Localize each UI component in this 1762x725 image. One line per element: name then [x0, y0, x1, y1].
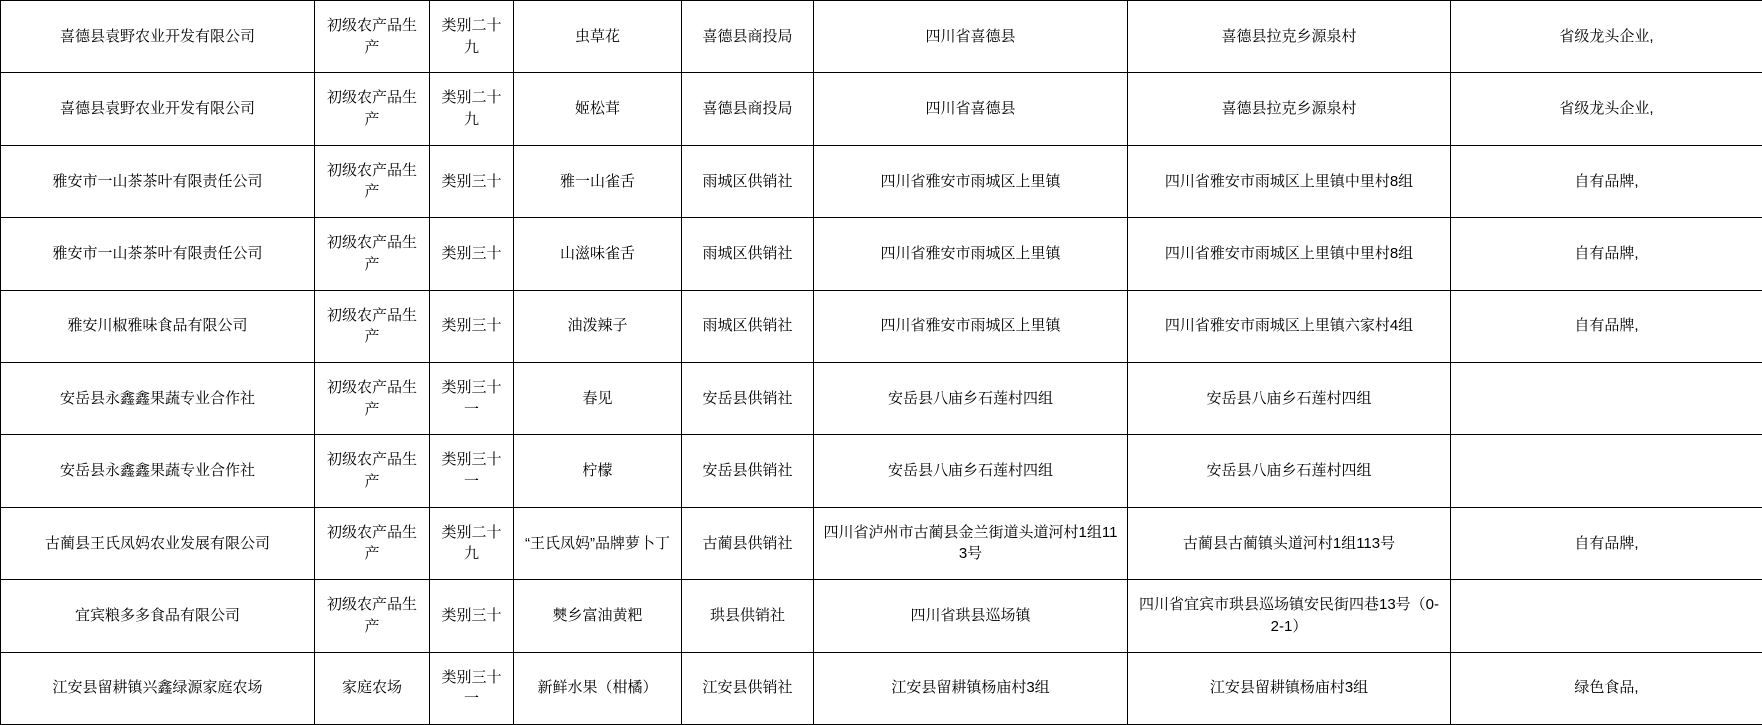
table-cell-company: 雅安川椒雅味食品有限公司	[1, 290, 315, 362]
table-cell-product: 山滋味雀舌	[514, 218, 682, 290]
table-cell-address1: 安岳县八庙乡石莲村四组	[814, 362, 1128, 434]
table-cell-tags: 自有品牌,	[1451, 218, 1762, 290]
table-row: 雅安市一山茶茶叶有限责任公司初级农产品生产类别三十雅一山雀舌雨城区供销社四川省雅…	[1, 145, 1762, 217]
table-row: 喜德县袁野农业开发有限公司初级农产品生产类别二十九姬松茸喜德县商投局四川省喜德县…	[1, 73, 1762, 145]
table-cell-company: 喜德县袁野农业开发有限公司	[1, 1, 315, 73]
table-cell-category: 类别三十一	[430, 362, 514, 434]
table-cell-product: “王氏凤妈”品牌萝卜丁	[514, 507, 682, 579]
table-cell-category: 类别二十九	[430, 507, 514, 579]
table-cell-tags: 自有品牌,	[1451, 507, 1762, 579]
table-cell-company: 喜德县袁野农业开发有限公司	[1, 73, 315, 145]
table-cell-category: 类别三十	[430, 218, 514, 290]
table-cell-type: 初级农产品生产	[315, 580, 430, 652]
table-row: 古蔺县王氏凤妈农业发展有限公司初级农产品生产类别二十九“王氏凤妈”品牌萝卜丁古蔺…	[1, 507, 1762, 579]
table-row: 安岳县永鑫鑫果蔬专业合作社初级农产品生产类别三十一柠檬安岳县供销社安岳县八庙乡石…	[1, 435, 1762, 507]
table-cell-company: 江安县留耕镇兴鑫绿源家庭农场	[1, 652, 315, 724]
table-cell-address1: 安岳县八庙乡石莲村四组	[814, 435, 1128, 507]
table-cell-tags	[1451, 580, 1762, 652]
table-cell-company: 雅安市一山茶茶叶有限责任公司	[1, 218, 315, 290]
table-cell-address1: 四川省雅安市雨城区上里镇	[814, 145, 1128, 217]
table-cell-type: 初级农产品生产	[315, 1, 430, 73]
table-cell-type: 初级农产品生产	[315, 435, 430, 507]
table-cell-product: 雅一山雀舌	[514, 145, 682, 217]
table-cell-address2: 四川省雅安市雨城区上里镇六家村4组	[1128, 290, 1451, 362]
table-cell-address1: 江安县留耕镇杨庙村3组	[814, 652, 1128, 724]
table-cell-tags	[1451, 435, 1762, 507]
table-cell-type: 初级农产品生产	[315, 362, 430, 434]
table-cell-address1: 四川省珙县巡场镇	[814, 580, 1128, 652]
table-row: 雅安市一山茶茶叶有限责任公司初级农产品生产类别三十山滋味雀舌雨城区供销社四川省雅…	[1, 218, 1762, 290]
table-cell-company: 安岳县永鑫鑫果蔬专业合作社	[1, 362, 315, 434]
table-cell-address2: 喜德县拉克乡源泉村	[1128, 1, 1451, 73]
table-cell-type: 初级农产品生产	[315, 73, 430, 145]
table-cell-tags: 自有品牌,	[1451, 290, 1762, 362]
table-cell-company: 古蔺县王氏凤妈农业发展有限公司	[1, 507, 315, 579]
table-row: 安岳县永鑫鑫果蔬专业合作社初级农产品生产类别三十一春见安岳县供销社安岳县八庙乡石…	[1, 362, 1762, 434]
table-cell-bureau: 雨城区供销社	[682, 218, 814, 290]
table-cell-category: 类别三十	[430, 580, 514, 652]
table-body: 喜德县袁野农业开发有限公司初级农产品生产类别二十九虫草花喜德县商投局四川省喜德县…	[1, 1, 1762, 725]
table-cell-type: 初级农产品生产	[315, 290, 430, 362]
table-cell-tags: 绿色食品,	[1451, 652, 1762, 724]
table-cell-product: 僰乡富油黄粑	[514, 580, 682, 652]
table-cell-address1: 四川省泸州市古蔺县金兰街道头道河村1组113号	[814, 507, 1128, 579]
table-cell-company: 宜宾粮多多食品有限公司	[1, 580, 315, 652]
table-cell-bureau: 喜德县商投局	[682, 1, 814, 73]
table-cell-address2: 古蔺县古蔺镇头道河村1组113号	[1128, 507, 1451, 579]
table-cell-tags: 省级龙头企业,	[1451, 73, 1762, 145]
table-cell-address1: 四川省雅安市雨城区上里镇	[814, 218, 1128, 290]
table-cell-product: 春见	[514, 362, 682, 434]
table-row: 喜德县袁野农业开发有限公司初级农产品生产类别二十九虫草花喜德县商投局四川省喜德县…	[1, 1, 1762, 73]
table-cell-company: 雅安市一山茶茶叶有限责任公司	[1, 145, 315, 217]
table-cell-bureau: 安岳县供销社	[682, 435, 814, 507]
table-cell-address2: 江安县留耕镇杨庙村3组	[1128, 652, 1451, 724]
table-cell-type: 初级农产品生产	[315, 507, 430, 579]
products-table: 喜德县袁野农业开发有限公司初级农产品生产类别二十九虫草花喜德县商投局四川省喜德县…	[0, 0, 1762, 725]
table-cell-address2: 安岳县八庙乡石莲村四组	[1128, 435, 1451, 507]
table-cell-address2: 四川省雅安市雨城区上里镇中里村8组	[1128, 145, 1451, 217]
table-cell-category: 类别三十	[430, 145, 514, 217]
table-cell-bureau: 古蔺县供销社	[682, 507, 814, 579]
table-cell-address1: 四川省喜德县	[814, 73, 1128, 145]
table-cell-address1: 四川省雅安市雨城区上里镇	[814, 290, 1128, 362]
table-cell-category: 类别三十	[430, 290, 514, 362]
table-cell-company: 安岳县永鑫鑫果蔬专业合作社	[1, 435, 315, 507]
table-cell-category: 类别二十九	[430, 1, 514, 73]
table-cell-type: 初级农产品生产	[315, 145, 430, 217]
table-cell-address2: 四川省雅安市雨城区上里镇中里村8组	[1128, 218, 1451, 290]
table-cell-tags: 自有品牌,	[1451, 145, 1762, 217]
table-row: 江安县留耕镇兴鑫绿源家庭农场家庭农场类别三十一新鲜水果（柑橘）江安县供销社江安县…	[1, 652, 1762, 724]
table-cell-product: 姬松茸	[514, 73, 682, 145]
table-cell-category: 类别三十一	[430, 435, 514, 507]
table-cell-bureau: 雨城区供销社	[682, 145, 814, 217]
table-cell-bureau: 安岳县供销社	[682, 362, 814, 434]
table-cell-address2: 安岳县八庙乡石莲村四组	[1128, 362, 1451, 434]
table-cell-tags	[1451, 362, 1762, 434]
table-cell-product: 柠檬	[514, 435, 682, 507]
table-cell-product: 虫草花	[514, 1, 682, 73]
table-cell-address2: 四川省宜宾市珙县巡场镇安民街四巷13号（0-2-1）	[1128, 580, 1451, 652]
table-cell-tags: 省级龙头企业,	[1451, 1, 1762, 73]
table-cell-category: 类别二十九	[430, 73, 514, 145]
table-row: 雅安川椒雅味食品有限公司初级农产品生产类别三十油泼辣子雨城区供销社四川省雅安市雨…	[1, 290, 1762, 362]
table-cell-address1: 四川省喜德县	[814, 1, 1128, 73]
table-cell-type: 初级农产品生产	[315, 218, 430, 290]
table-cell-product: 油泼辣子	[514, 290, 682, 362]
table-cell-category: 类别三十一	[430, 652, 514, 724]
table-row: 宜宾粮多多食品有限公司初级农产品生产类别三十僰乡富油黄粑珙县供销社四川省珙县巡场…	[1, 580, 1762, 652]
table-cell-address2: 喜德县拉克乡源泉村	[1128, 73, 1451, 145]
table-cell-type: 家庭农场	[315, 652, 430, 724]
table-cell-bureau: 喜德县商投局	[682, 73, 814, 145]
table-cell-product: 新鲜水果（柑橘）	[514, 652, 682, 724]
table-cell-bureau: 雨城区供销社	[682, 290, 814, 362]
table-cell-bureau: 珙县供销社	[682, 580, 814, 652]
table-cell-bureau: 江安县供销社	[682, 652, 814, 724]
